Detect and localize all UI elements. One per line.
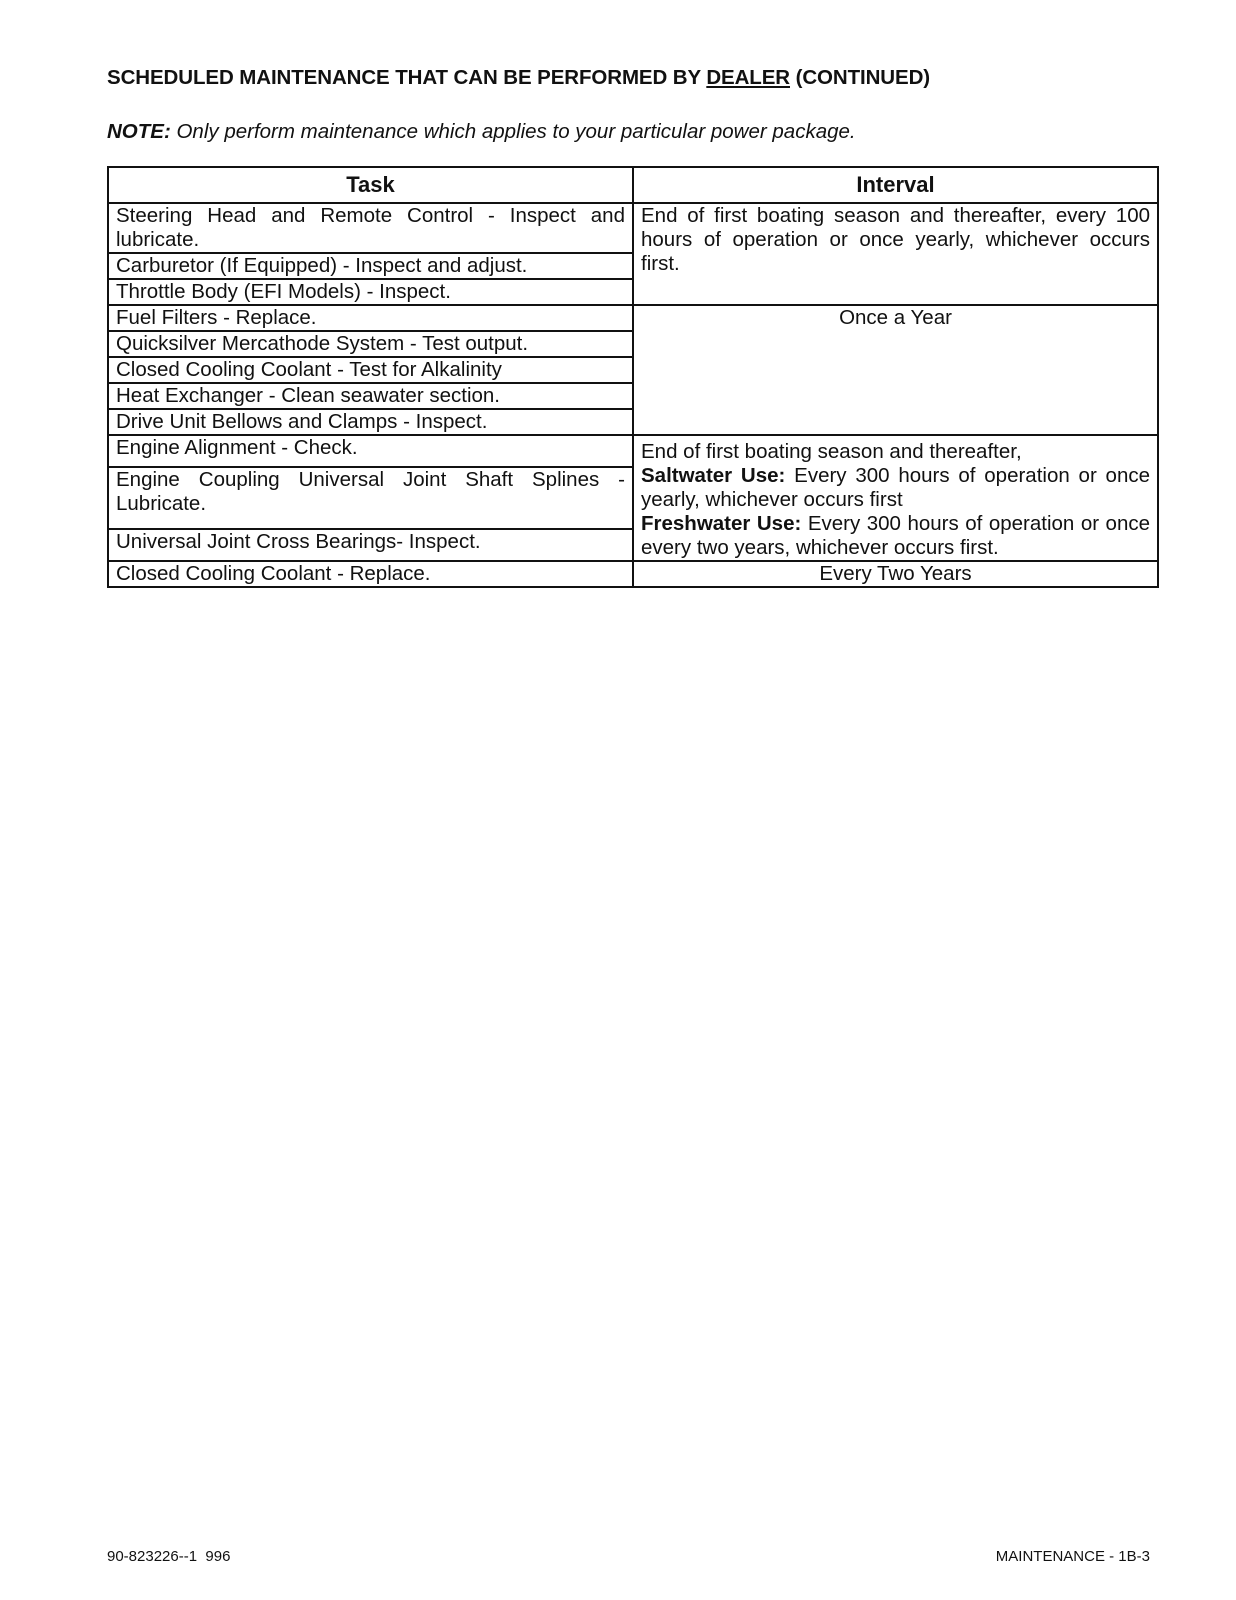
table-row: Steering Head and Remote Control - Inspe… (108, 203, 1158, 253)
heading-prefix: SCHEDULED MAINTENANCE THAT CAN BE PERFOR… (107, 66, 706, 89)
task-cell: Throttle Body (EFI Models) - Inspect. (108, 279, 633, 305)
interval-freshwater: Freshwater Use: Every 300 hours of opera… (641, 512, 1150, 560)
interval-saltwater: Saltwater Use: Every 300 hours of operat… (641, 464, 1150, 512)
note-text: Only perform maintenance which applies t… (171, 120, 856, 143)
heading-suffix: (CONTINUED) (790, 66, 930, 89)
task-cell: Steering Head and Remote Control - Inspe… (108, 203, 633, 253)
table-header-row: Task Interval (108, 167, 1158, 203)
interval-cell: End of first boating season and thereaft… (633, 203, 1158, 305)
task-cell: Quicksilver Mercathode System - Test out… (108, 331, 633, 357)
header-task: Task (108, 167, 633, 203)
task-cell: Drive Unit Bellows and Clamps - Inspect. (108, 409, 633, 435)
task-cell: Heat Exchanger - Clean seawater section. (108, 383, 633, 409)
interval-cell: Every Two Years (633, 561, 1158, 587)
task-cell: Engine Alignment - Check. (108, 435, 633, 467)
table-row: Fuel Filters - Replace. Once a Year (108, 305, 1158, 331)
freshwater-label: Freshwater Use: (641, 512, 801, 535)
interval-cell: End of first boating season and thereaft… (633, 435, 1158, 561)
page-heading: SCHEDULED MAINTENANCE THAT CAN BE PERFOR… (107, 66, 930, 90)
header-interval: Interval (633, 167, 1158, 203)
task-cell: Closed Cooling Coolant - Test for Alkali… (108, 357, 633, 383)
interval-intro: End of first boating season and thereaft… (641, 440, 1150, 464)
saltwater-label: Saltwater Use: (641, 464, 785, 487)
footer-document-number: 90-823226--1 996 (107, 1548, 230, 1565)
maintenance-table: Task Interval Steering Head and Remote C… (107, 166, 1159, 588)
note: NOTE: Only perform maintenance which app… (107, 120, 856, 144)
table-row: Engine Alignment - Check. End of first b… (108, 435, 1158, 467)
table-row: Closed Cooling Coolant - Replace. Every … (108, 561, 1158, 587)
task-cell: Universal Joint Cross Bearings- Inspect. (108, 529, 633, 561)
interval-cell: Once a Year (633, 305, 1158, 435)
task-cell: Engine Coupling Universal Joint Shaft Sp… (108, 467, 633, 529)
note-label: NOTE: (107, 120, 171, 143)
heading-dealer: DEALER (706, 66, 790, 89)
task-cell: Carburetor (If Equipped) - Inspect and a… (108, 253, 633, 279)
task-cell: Fuel Filters - Replace. (108, 305, 633, 331)
footer-page-label: MAINTENANCE - 1B-3 (996, 1548, 1150, 1565)
task-cell: Closed Cooling Coolant - Replace. (108, 561, 633, 587)
